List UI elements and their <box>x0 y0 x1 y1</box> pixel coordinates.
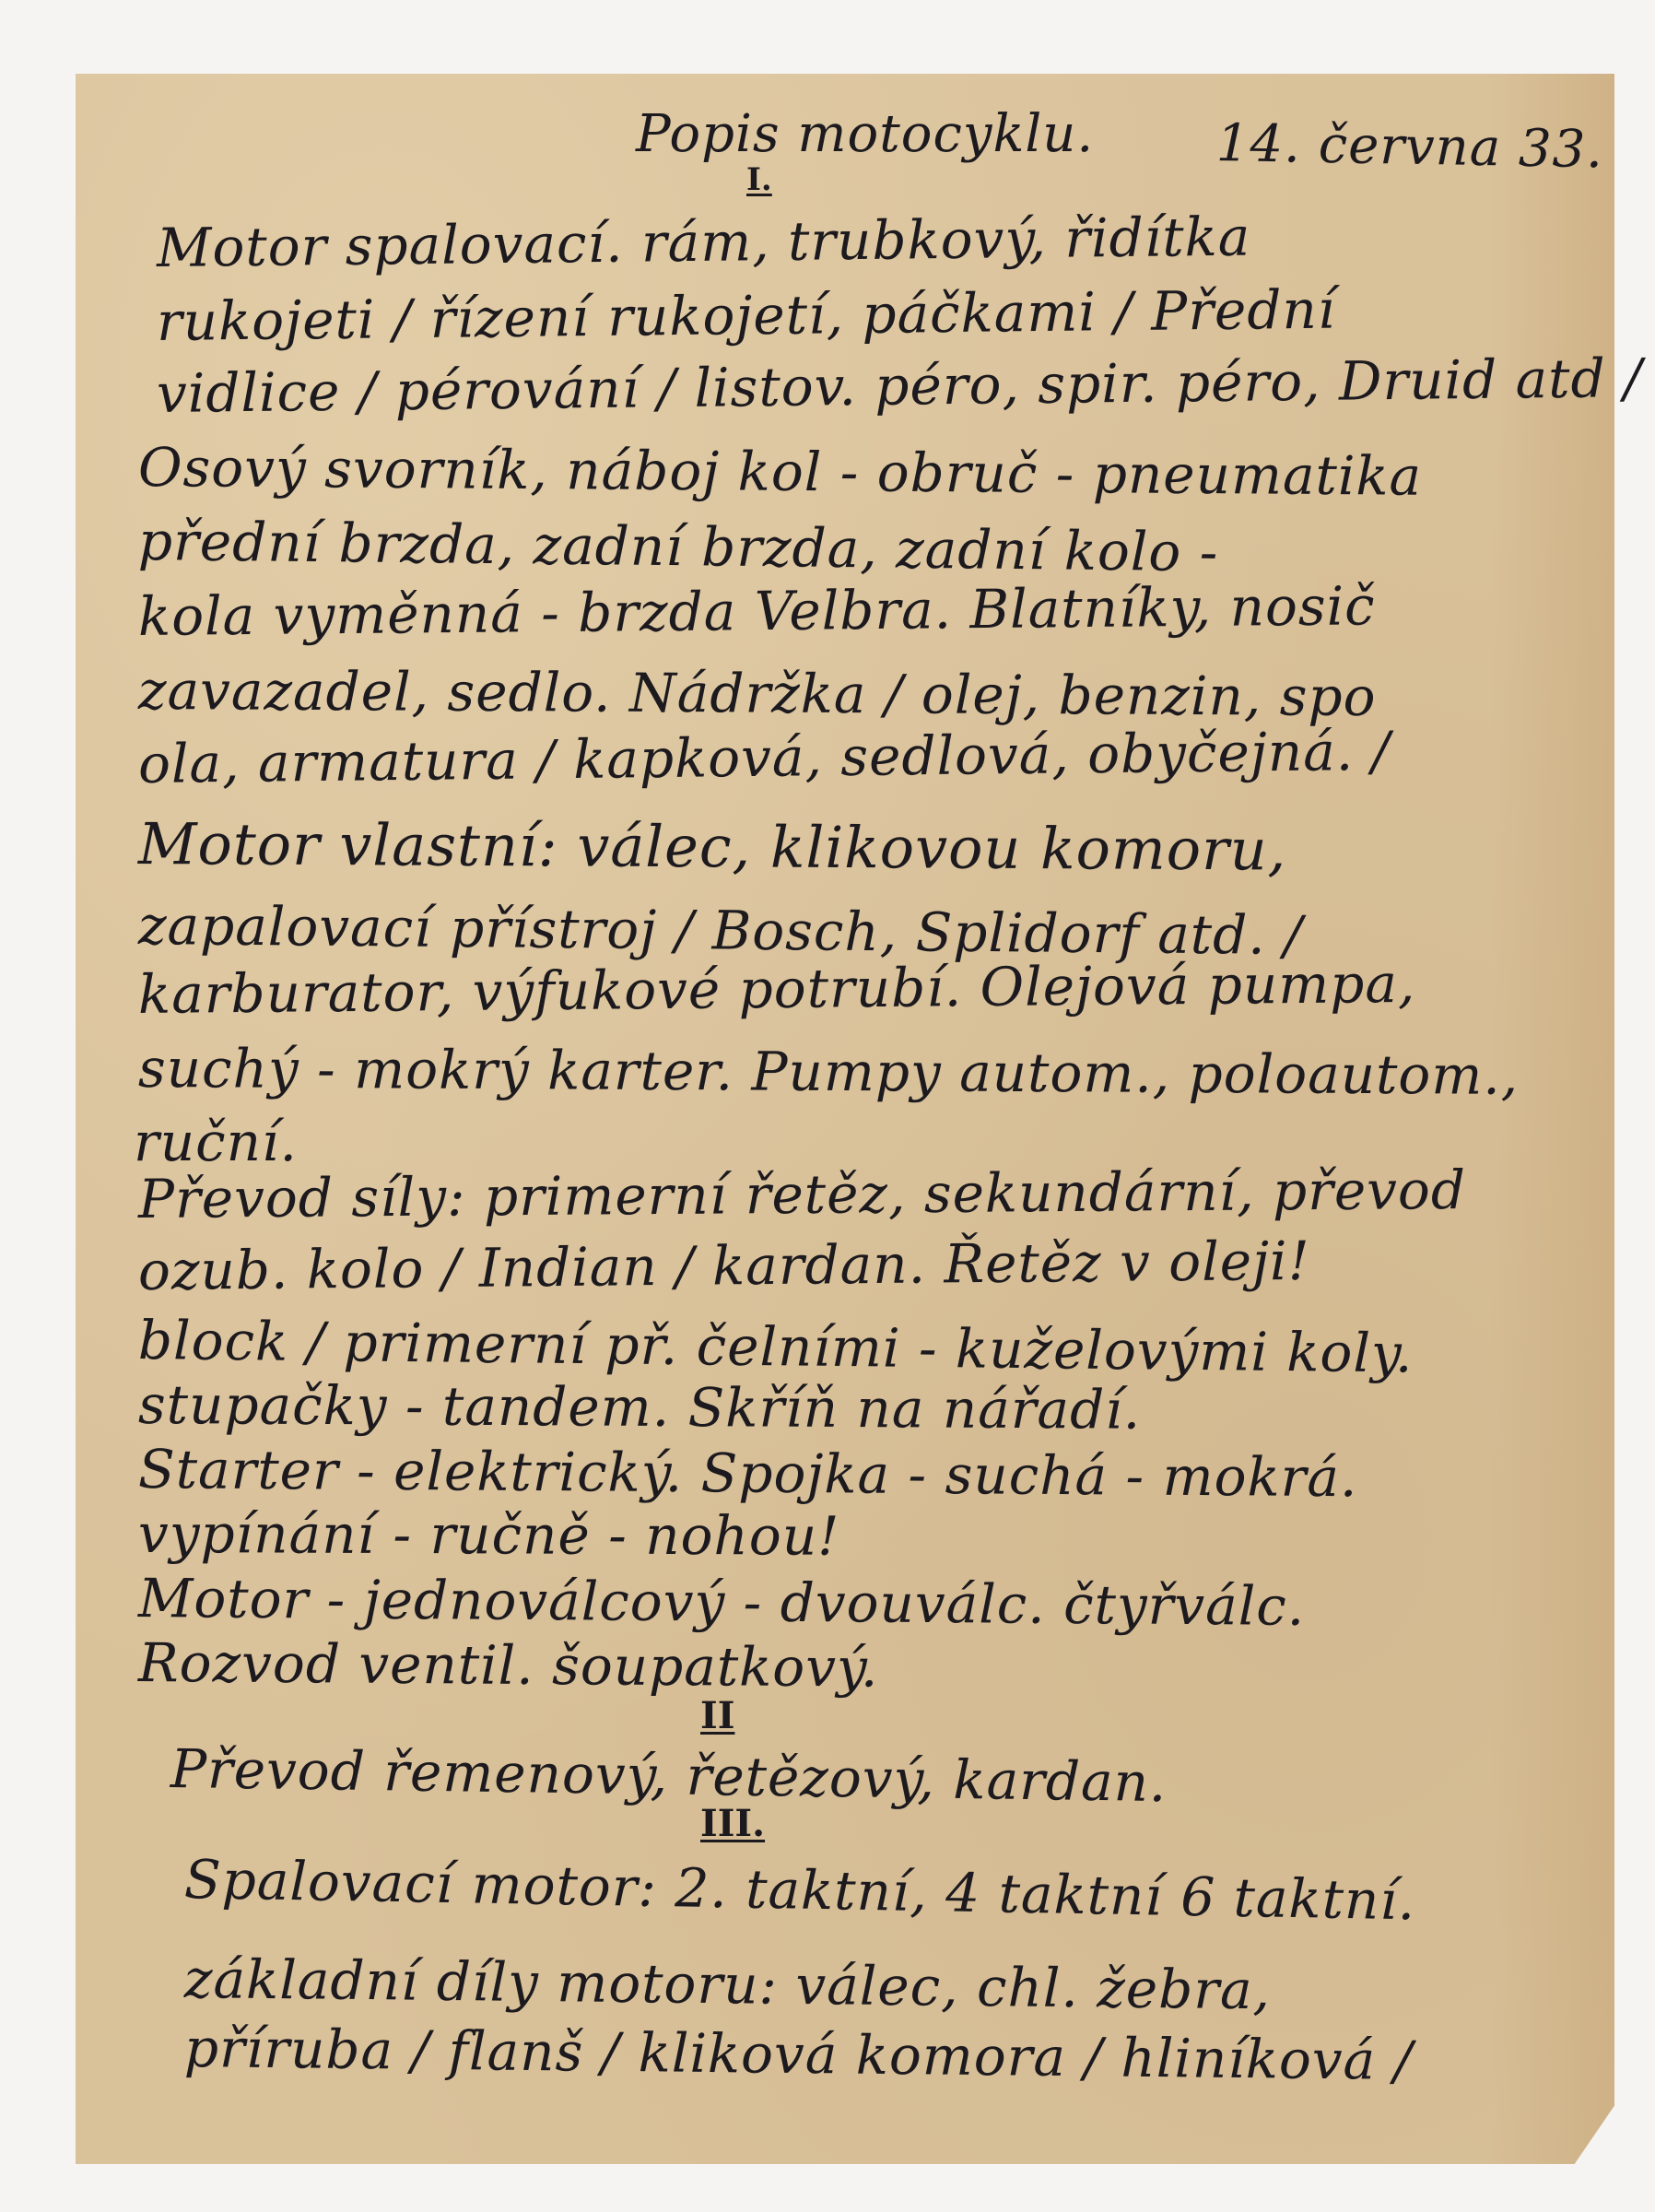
text-line-7: zavazadel, sedlo. Nádržka / olej, benzin… <box>138 664 1377 724</box>
text-line-2: rukojeti / řízení rukojetí, páčkami / Př… <box>157 283 1336 348</box>
text-line-17: stupačky - tandem. Skříň na nářadí. <box>138 1378 1142 1437</box>
text-line-4: Osový svorník, náboj kol - obruč - pneum… <box>138 441 1423 503</box>
document-date: 14. června 33. <box>1216 118 1604 176</box>
text-line-22: Převod řemenový, řetězový, kardan. <box>170 1742 1168 1809</box>
text-line-24: základní díly motoru: válec, chl. žebra, <box>184 1952 1272 2017</box>
text-line-12: suchý - mokrý karter. Pumpy autom., polo… <box>138 1041 1520 1102</box>
text-line-16: block / primerní př. čelními - kuželovým… <box>138 1313 1414 1380</box>
text-line-13: ruční. <box>134 1115 298 1169</box>
text-line-9: Motor vlastní: válec, klikovou komoru, <box>138 816 1287 879</box>
text-line-18: Starter - elektrický. Spojka - suchá - m… <box>138 1442 1358 1504</box>
section-mark-iii: III. <box>700 1802 765 1845</box>
text-line-20: Motor - jednoválcový - dvouválc. čtyřvál… <box>138 1571 1306 1633</box>
text-line-25: příruba / flanš / kliková komora / hliní… <box>184 2021 1414 2088</box>
document-title: Popis motocyklu. <box>636 109 1094 160</box>
section-mark-i: I. <box>746 161 772 198</box>
text-line-15: ozub. kolo / Indian / kardan. Řetěz v ol… <box>138 1234 1310 1298</box>
text-line-3: vidlice / pérování / listov. péro, spir.… <box>157 351 1643 420</box>
text-line-10: zapalovací přístroj / Bosch, Splidorf at… <box>138 899 1303 962</box>
text-line-11: karburator, výfukové potrubí. Olejová pu… <box>138 957 1416 1021</box>
text-line-19: vypínání - ručně - nohou! <box>138 1507 840 1563</box>
text-line-21: Rozvod ventil. šoupatkový. <box>138 1636 879 1695</box>
text-line-6: kola vyměnná - brzda Velbra. Blatníky, n… <box>138 579 1376 643</box>
text-line-5: přední brzda, zadní brzda, zadní kolo - <box>138 514 1219 579</box>
text-line-14: Převod síly: primerní řetěz, sekundární,… <box>138 1163 1466 1226</box>
section-mark-ii: II <box>700 1694 734 1737</box>
text-line-8: ola, armatura / kapková, sedlová, obyčej… <box>138 724 1391 791</box>
text-line-1: Motor spalovací. rám, trubkový, řidítka <box>157 210 1251 275</box>
